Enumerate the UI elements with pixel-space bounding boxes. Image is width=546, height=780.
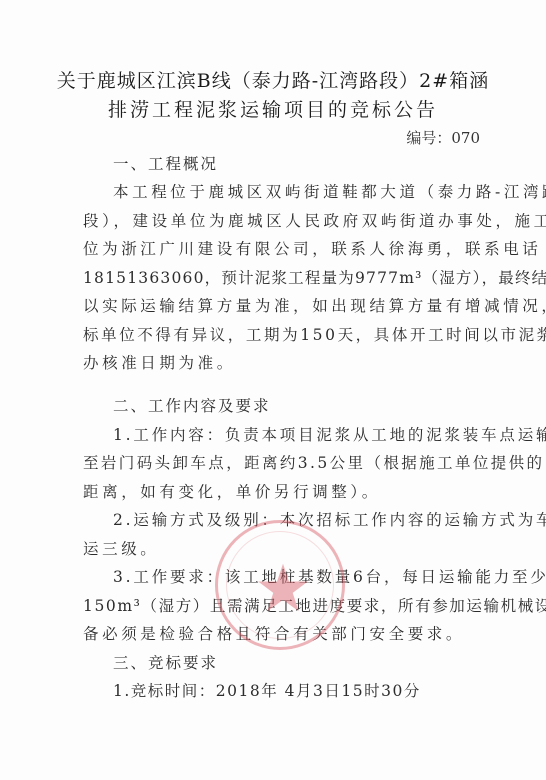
paragraph-line: 运三级。	[83, 539, 473, 559]
paragraph-line: 距离，如有变化，单价另行调整）。	[83, 482, 473, 502]
section-heading-overview: 一、工程概况	[113, 154, 503, 174]
paragraph-line: 18151363060，预计泥浆工程量为9777m³（湿方），最终结算	[83, 268, 473, 288]
paragraph-line: 1.工作内容：负责本项目泥浆从工地的泥浆装车点运输	[113, 425, 503, 445]
paragraph-line: 标单位不得有异议，工期为150天，具体开工时间以市泥浆	[83, 325, 473, 345]
paragraph-line: 3.工作要求：该工地桩基数量6台，每日运输能力至少	[113, 567, 503, 587]
section-heading-work-content: 二、工作内容及要求	[113, 396, 503, 416]
paragraph-line: 150m³（湿方）且需满足工地进度要求，所有参加运输机械设	[83, 596, 473, 616]
paragraph-line: 办核准日期为准。	[83, 353, 473, 373]
paragraph-line: 至岩门码头卸车点，距离约3.5公里（根据施工单位提供的	[83, 453, 473, 473]
paragraph-line: 2.运输方式及级别：本次招标工作内容的运输方式为车	[113, 510, 503, 530]
paragraph-line: 1.竞标时间：2018年 4月3日15时30分	[113, 681, 503, 701]
paragraph-line: 以实际运输结算方量为准，如出现结算方量有增减情况，中	[83, 296, 473, 316]
paragraph-line: 备必须是检验合格且符合有关部门安全要求。	[83, 624, 473, 644]
paragraph-line: 段），建设单位为鹿城区人民政府双屿街道办事处，施工单	[83, 211, 473, 231]
section-heading-bidding-requirements: 三、竞标要求	[113, 653, 503, 673]
document-page: 关于鹿城区江滨B线（泰力路-江湾路段）2#箱涵 排涝工程泥浆运输项目的竞标公告 …	[0, 0, 546, 780]
paragraph-line: 本工程位于鹿城区双屿街道鞋都大道（泰力路-江湾路	[113, 182, 503, 202]
document-number: 编号：070	[406, 127, 480, 148]
document-title-line-2: 排涝工程泥浆运输项目的竞标公告	[0, 95, 546, 122]
paragraph-line: 位为浙江广川建设有限公司，联系人徐海勇，联系电话	[83, 239, 473, 259]
document-title-line-1: 关于鹿城区江滨B线（泰力路-江湾路段）2#箱涵	[0, 66, 546, 93]
